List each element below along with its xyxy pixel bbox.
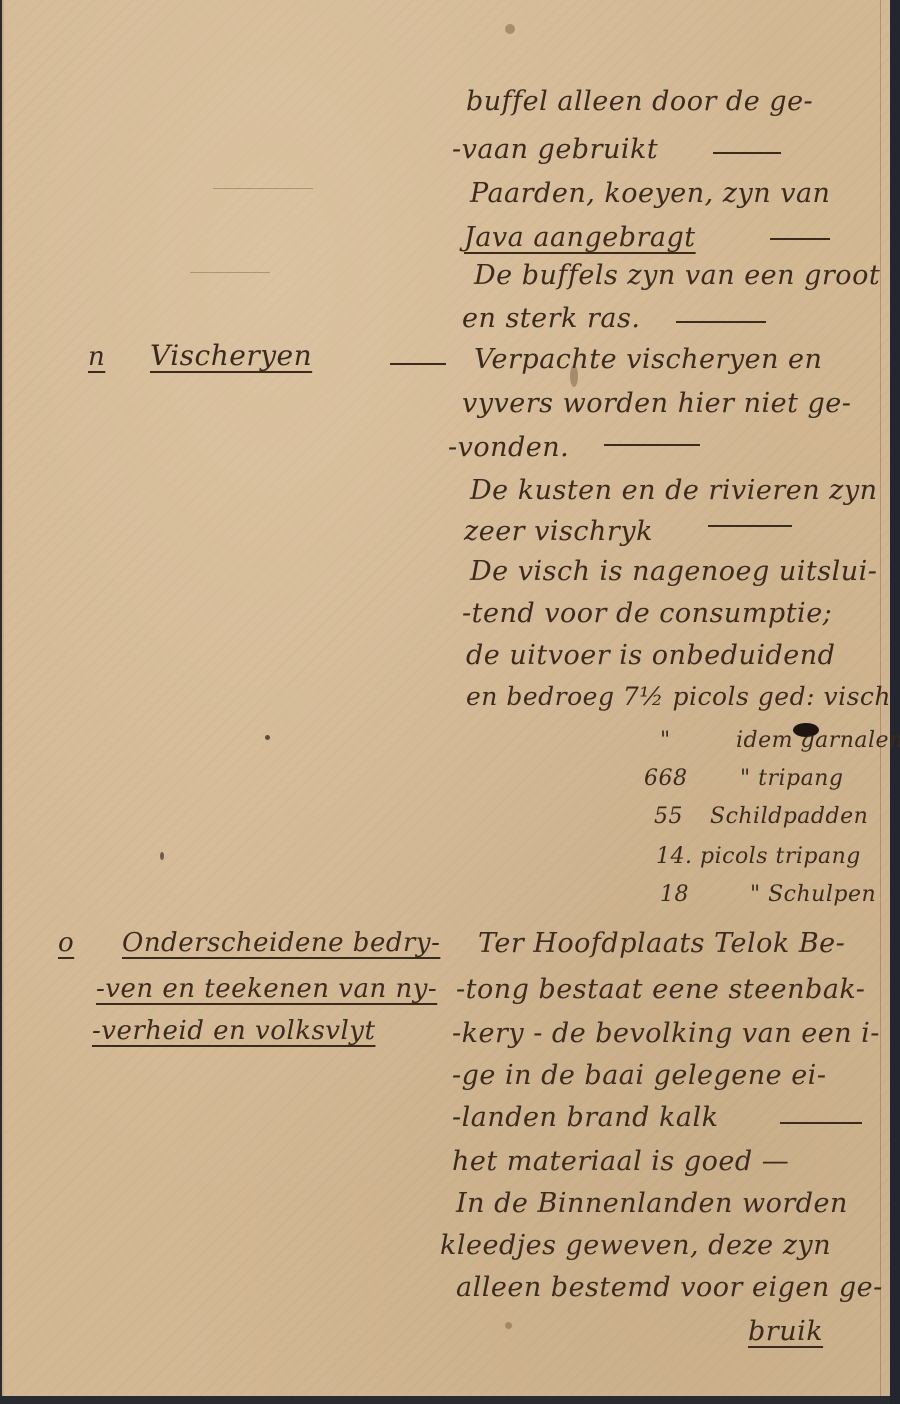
text-line: -tong bestaat eene steenbak- [456,976,865,1003]
scan-background-edge [890,0,900,1404]
paper-stain [505,1322,512,1329]
section-heading-industry: -ven en teekenen van ny- [96,976,437,1002]
paper-stain [505,24,515,34]
paper-stain [265,735,270,740]
text-line: bruik [748,1318,823,1345]
text-line: -vaan gebruikt [452,136,658,163]
text-line: -vonden. [448,434,569,461]
text-line: -tend voor de consumptie; [462,600,832,627]
text-line: alleen bestemd voor eigen ge- [456,1274,883,1301]
dash-rule [708,525,792,527]
export-item: " Schulpen [750,884,876,906]
export-item: Schildpadden [710,806,868,828]
text-line: buffel alleen door de ge- [466,88,813,115]
dash-rule [676,321,766,323]
text-line: In de Binnenlanden worden [456,1190,848,1217]
section-heading-industry: -verheid en volksvlyt [92,1018,375,1044]
text-line: en sterk ras. [462,305,640,332]
section-number-n: n [88,344,105,370]
bleed-through-rule [213,188,313,189]
section-heading-industry: Onderscheidene bedry- [122,930,440,956]
dash-rule [604,444,700,446]
export-qty: 55 [654,806,683,828]
dash-rule [770,238,830,240]
text-line: Paarden, koeyen, zyn van [470,180,830,207]
text-line: De kusten en de rivieren zyn [470,477,878,504]
text-line: en bedroeg 7½ picols ged: visch [466,684,891,709]
export-item: picols tripang [700,846,861,868]
export-qty: 14. [656,846,693,868]
text-line: -kery - de bevolking van een i- [452,1020,880,1047]
text-line-java: Java aangebragt [464,224,534,251]
dash-rule [390,363,446,365]
text-line: -landen brand kalk [452,1104,718,1131]
export-qty: 668 [644,768,688,790]
dash-rule [780,1122,862,1124]
export-qty: 18 [660,884,689,906]
section-heading-fisheries: Vischeryen [150,342,312,370]
export-qty: " [660,730,671,752]
section-number-o: o [58,930,74,956]
text-line: Ter Hoofdplaats Telok Be- [478,930,845,957]
text-line: kleedjes geweven, deze zyn [440,1232,831,1259]
paper-stain [160,852,164,860]
text-line: -ge in de baai gelegene ei- [452,1062,826,1089]
bleed-through-rule [190,272,270,273]
text-line: vyvers worden hier niet ge- [462,390,851,417]
text-line: De buffels zyn van een groot [474,262,880,289]
export-item: " tripang [740,768,843,790]
text-line: zeer vischryk [464,518,653,545]
text-line: De visch is nagenoeg uitslui- [470,558,877,585]
text-line: de uitvoer is onbeduidend [466,642,835,669]
text-line: het materiaal is goed — [452,1148,789,1175]
text-line: Verpachte vischeryen en [474,346,822,373]
dash-rule [713,152,781,154]
export-item: idem garnalen [736,730,900,752]
